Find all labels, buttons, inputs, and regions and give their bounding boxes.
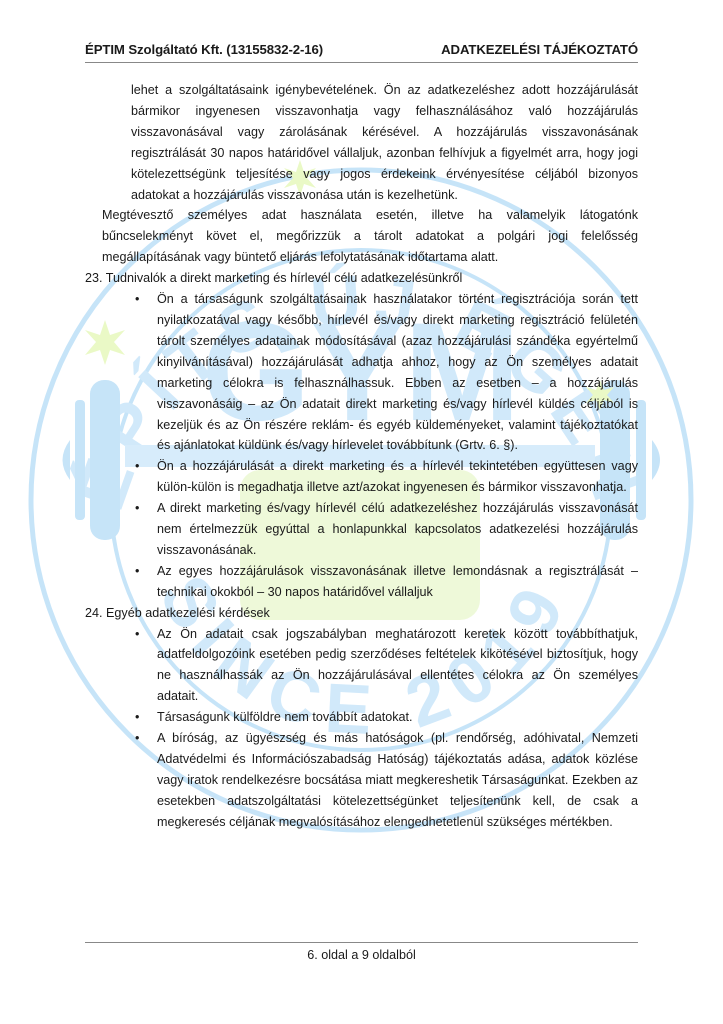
section-heading-24: 24. Egyéb adatkezelési kérdések [85, 603, 638, 624]
list-item: A bíróság, az ügyészség és más hatóságok… [157, 728, 638, 833]
list-item: Ön a társaságunk szolgáltatásainak haszn… [157, 289, 638, 456]
list-item: Ön a hozzájárulását a direkt marketing é… [157, 456, 638, 498]
list-item: Az egyes hozzájárulások visszavonásának … [157, 561, 638, 603]
continuation-paragraph: lehet a szolgáltatásaink igénybevételéne… [85, 80, 638, 205]
document-body: lehet a szolgáltatásaink igénybevételéne… [85, 80, 638, 833]
page-header: ÉPTIM Szolgáltató Kft. (13155832-2-16) A… [85, 40, 638, 63]
document-title: ADATKEZELÉSI TÁJÉKOZTATÓ [441, 42, 638, 62]
section-23-list: Ön a társaságunk szolgáltatásainak haszn… [85, 289, 638, 603]
list-item: A direkt marketing és/vagy hírlevél célú… [157, 498, 638, 561]
company-name: ÉPTIM Szolgáltató Kft. (13155832-2-16) [85, 42, 323, 62]
page-footer: 6. oldal a 9 oldalból [85, 942, 638, 962]
list-item: Az Ön adatait csak jogszabályban meghatá… [157, 624, 638, 708]
section-heading-23: 23. Tudnivalók a direkt marketing és hír… [85, 268, 638, 289]
list-item: Társaságunk külföldre nem továbbít adato… [157, 707, 638, 728]
page-indicator: 6. oldal a 9 oldalból [307, 948, 416, 962]
misleading-data-paragraph: Megtévesztő személyes adat használata es… [85, 205, 638, 268]
section-24-list: Az Ön adatait csak jogszabályban meghatá… [85, 624, 638, 833]
